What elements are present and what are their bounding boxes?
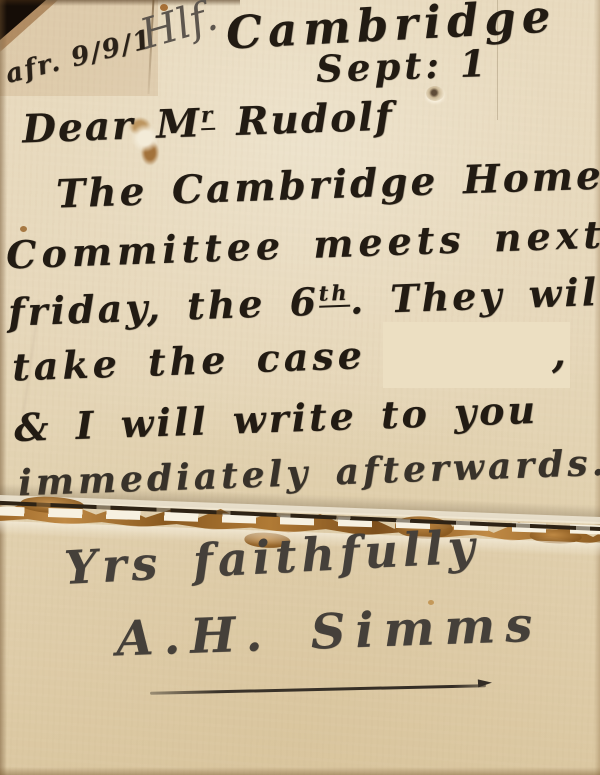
letter-body-line: Committee meets next xyxy=(5,212,600,278)
letter-body-line: take the case of xyxy=(11,329,443,389)
paper-hole xyxy=(426,86,444,101)
letter-body-line: & I will write to you xyxy=(13,387,538,450)
letter-salutation: Dear Mr Rudolf xyxy=(21,94,394,153)
salutation-text: Dear M xyxy=(21,100,202,152)
ordinal-superscript: th xyxy=(318,280,350,308)
paper-edge-bottom xyxy=(0,767,600,775)
paper-edge-right xyxy=(594,0,600,775)
redacted-name-patch xyxy=(383,322,570,388)
archival-initials: Hlf. xyxy=(135,0,223,59)
salutation-superscript: r xyxy=(201,103,215,130)
paper-edge-left xyxy=(0,0,7,775)
letter-signature: A.H. Simms xyxy=(115,597,543,668)
letter-date: Sept: 1 xyxy=(315,41,490,91)
comma-after-redaction: , xyxy=(552,330,566,377)
salutation-name: Rudolf xyxy=(214,94,395,146)
body-line3-rest: . They will xyxy=(349,268,600,322)
letter-scan-page: afr. 9/9/1 Hlf. Cambridge Sept: 1 Dear M… xyxy=(0,0,600,775)
body-line3-text: friday, the 6 xyxy=(7,279,319,335)
signature-underline xyxy=(150,684,486,695)
signature-underline-tip xyxy=(478,679,492,688)
